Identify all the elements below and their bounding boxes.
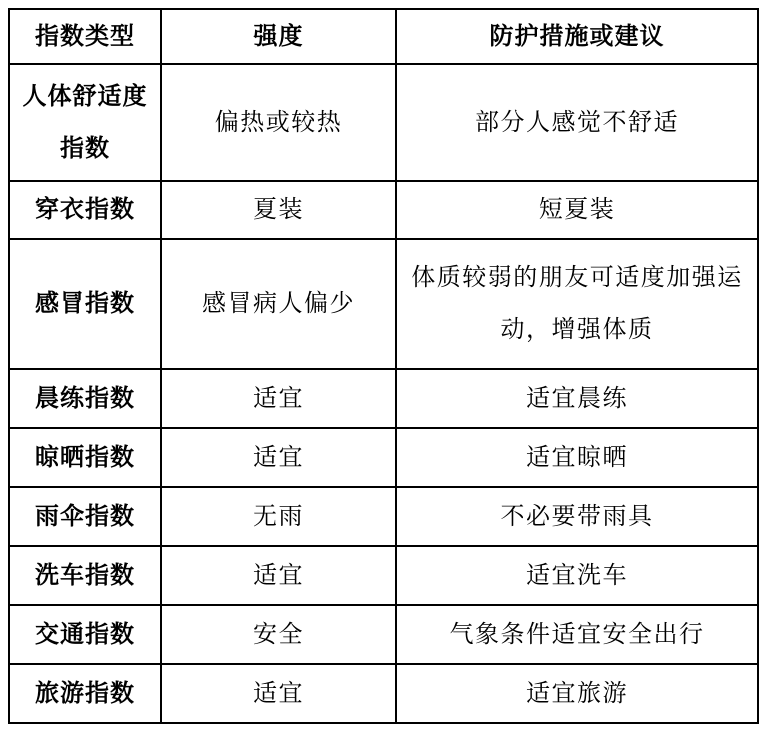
cell-intensity: 适宜 — [161, 369, 396, 428]
table-row: 晾晒指数 适宜 适宜晾晒 — [9, 428, 758, 487]
cell-advice: 适宜旅游 — [396, 664, 758, 723]
header-intensity: 强度 — [161, 9, 396, 64]
cell-intensity: 适宜 — [161, 428, 396, 487]
cell-intensity: 夏装 — [161, 181, 396, 239]
cell-advice: 适宜洗车 — [396, 546, 758, 605]
table-row: 晨练指数 适宜 适宜晨练 — [9, 369, 758, 428]
cell-index-type: 洗车指数 — [9, 546, 161, 605]
cell-index-type: 晾晒指数 — [9, 428, 161, 487]
cell-advice: 短夏装 — [396, 181, 758, 239]
cell-advice: 不必要带雨具 — [396, 487, 758, 546]
table-row: 雨伞指数 无雨 不必要带雨具 — [9, 487, 758, 546]
cell-intensity: 偏热或较热 — [161, 64, 396, 181]
cell-intensity: 适宜 — [161, 546, 396, 605]
cell-intensity: 感冒病人偏少 — [161, 239, 396, 369]
header-index-type: 指数类型 — [9, 9, 161, 64]
table-row: 洗车指数 适宜 适宜洗车 — [9, 546, 758, 605]
cell-index-type: 晨练指数 — [9, 369, 161, 428]
table-row: 旅游指数 适宜 适宜旅游 — [9, 664, 758, 723]
cell-index-type: 交通指数 — [9, 605, 161, 664]
cell-index-type: 感冒指数 — [9, 239, 161, 369]
cell-index-type: 雨伞指数 — [9, 487, 161, 546]
table-row: 穿衣指数 夏装 短夏装 — [9, 181, 758, 239]
table-header-row: 指数类型 强度 防护措施或建议 — [9, 9, 758, 64]
cell-advice: 体质较弱的朋友可适度加强运动，增强体质 — [396, 239, 758, 369]
cell-index-type: 穿衣指数 — [9, 181, 161, 239]
document-page: 指数类型 强度 防护措施或建议 人体舒适度指数 偏热或较热 部分人感觉不舒适 穿… — [0, 0, 765, 729]
cell-advice: 气象条件适宜安全出行 — [396, 605, 758, 664]
table-row: 感冒指数 感冒病人偏少 体质较弱的朋友可适度加强运动，增强体质 — [9, 239, 758, 369]
cell-index-type: 旅游指数 — [9, 664, 161, 723]
header-advice: 防护措施或建议 — [396, 9, 758, 64]
weather-indices-table: 指数类型 强度 防护措施或建议 人体舒适度指数 偏热或较热 部分人感觉不舒适 穿… — [8, 8, 759, 724]
cell-advice: 适宜晾晒 — [396, 428, 758, 487]
cell-advice: 适宜晨练 — [396, 369, 758, 428]
cell-advice: 部分人感觉不舒适 — [396, 64, 758, 181]
cell-intensity: 无雨 — [161, 487, 396, 546]
cell-intensity: 安全 — [161, 605, 396, 664]
table-row: 交通指数 安全 气象条件适宜安全出行 — [9, 605, 758, 664]
table-row: 人体舒适度指数 偏热或较热 部分人感觉不舒适 — [9, 64, 758, 181]
cell-intensity: 适宜 — [161, 664, 396, 723]
cell-index-type: 人体舒适度指数 — [9, 64, 161, 181]
